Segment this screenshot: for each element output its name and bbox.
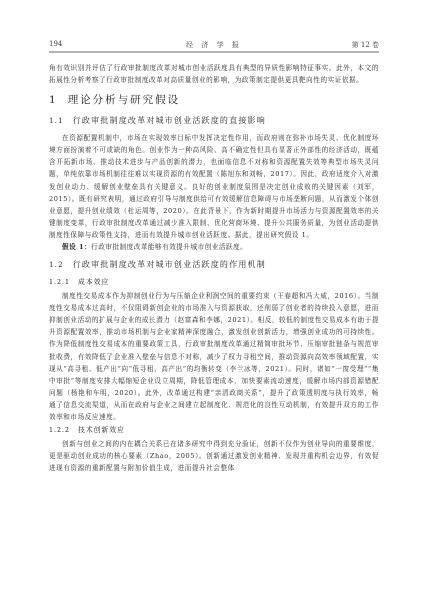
- section-number: 1.2.2: [49, 427, 70, 434]
- section-1-1-paragraph: 在资源配置机制中，市场在实现效率目标中发挥决定性作用，而政府则在弥补市场失灵、优…: [49, 132, 379, 241]
- section-number: 1: [49, 94, 58, 106]
- volume-label: 第 12 卷: [352, 40, 379, 50]
- hypothesis-1: 假设 1：行政审批制度改革能够有效提升城市创业活跃度。: [49, 241, 379, 253]
- section-title: 行政审批制度改革对城市创业活跃度的直接影响: [73, 116, 266, 125]
- section-number: 1.1: [49, 117, 64, 125]
- section-1-2-2-heading: 1.2.2技术创新效应: [49, 424, 379, 434]
- journal-title: 经 济 学 报: [49, 40, 379, 50]
- section-1-2-2-paragraph: 创新与创业之间的内在耦合关系已在诸多研究中得到充分验证，创新不仅作为创业导向的重…: [49, 438, 379, 474]
- section-title: 成本效应: [78, 278, 109, 286]
- intro-continuation-paragraph: 角有效识别并评估了行政审批制度改革对城市创业活跃度具有典型的异质性影响特征事实。…: [49, 62, 379, 86]
- section-title: 技术创新效应: [78, 426, 125, 434]
- section-number: 1.2.1: [49, 279, 70, 286]
- section-1-2-heading: 1.2行政审批制度改革对城市创业活跃度的作用机制: [49, 259, 379, 270]
- section-1-2-1-paragraph: 制度性交易成本作为抑制创业行为与压缩企业利润空间的重要约束（王春超和冯大威，20…: [49, 290, 379, 423]
- section-number: 1.2: [49, 261, 64, 269]
- hypothesis-label: 假设 1：: [62, 243, 91, 251]
- section-1-1-heading: 1.1行政审批制度改革对城市创业活跃度的直接影响: [49, 115, 379, 126]
- hypothesis-text: 行政审批制度改革能够有效提升城市创业活跃度。: [91, 243, 247, 251]
- section-title: 行政审批制度改革对城市创业活跃度的作用机制: [73, 260, 266, 269]
- section-1-heading: 1理论分析与研究假设: [49, 92, 379, 107]
- article-body: 角有效识别并评估了行政审批制度改革对城市创业活跃度具有典型的异质性影响特征事实。…: [49, 62, 379, 474]
- section-1-2-1-heading: 1.2.1成本效应: [49, 276, 379, 286]
- section-title: 理论分析与研究假设: [68, 94, 181, 106]
- header-rule: [49, 51, 379, 53]
